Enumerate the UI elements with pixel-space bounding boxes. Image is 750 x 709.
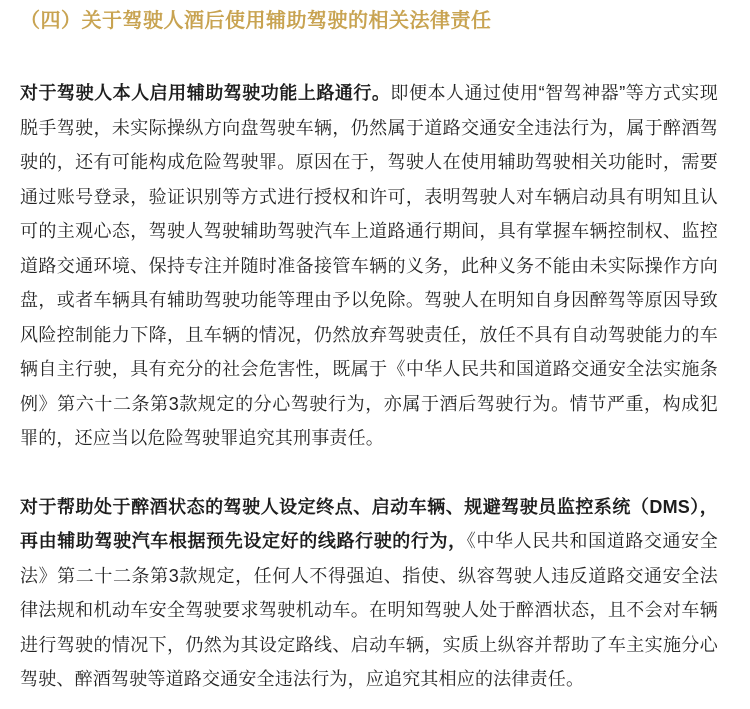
- paragraph-lead: 对于驾驶人本人启用辅助驾驶功能上路通行。: [20, 83, 390, 103]
- paragraph-helper-liability: 对于帮助处于醉酒状态的驾驶人设定终点、启动车辆、规避驾驶员监控系统（DMS），再…: [20, 490, 718, 697]
- paragraph-body: 即便本人通过使用“智驾神器”等方式实现脱手驾驶，未实际操纵方向盘驾驶车辆，仍然属…: [20, 83, 718, 448]
- paragraph-driver-self: 对于驾驶人本人启用辅助驾驶功能上路通行。即便本人通过使用“智驾神器”等方式实现脱…: [20, 76, 718, 456]
- paragraph-body: 《中华人民共和国道路交通安全法》第二十二条第3款规定，任何人不得强迫、指使、纵容…: [20, 531, 718, 689]
- article: （四）关于驾驶人酒后使用辅助驾驶的相关法律责任 对于驾驶人本人启用辅助驾驶功能上…: [0, 0, 750, 697]
- section-heading: （四）关于驾驶人酒后使用辅助驾驶的相关法律责任: [20, 8, 718, 34]
